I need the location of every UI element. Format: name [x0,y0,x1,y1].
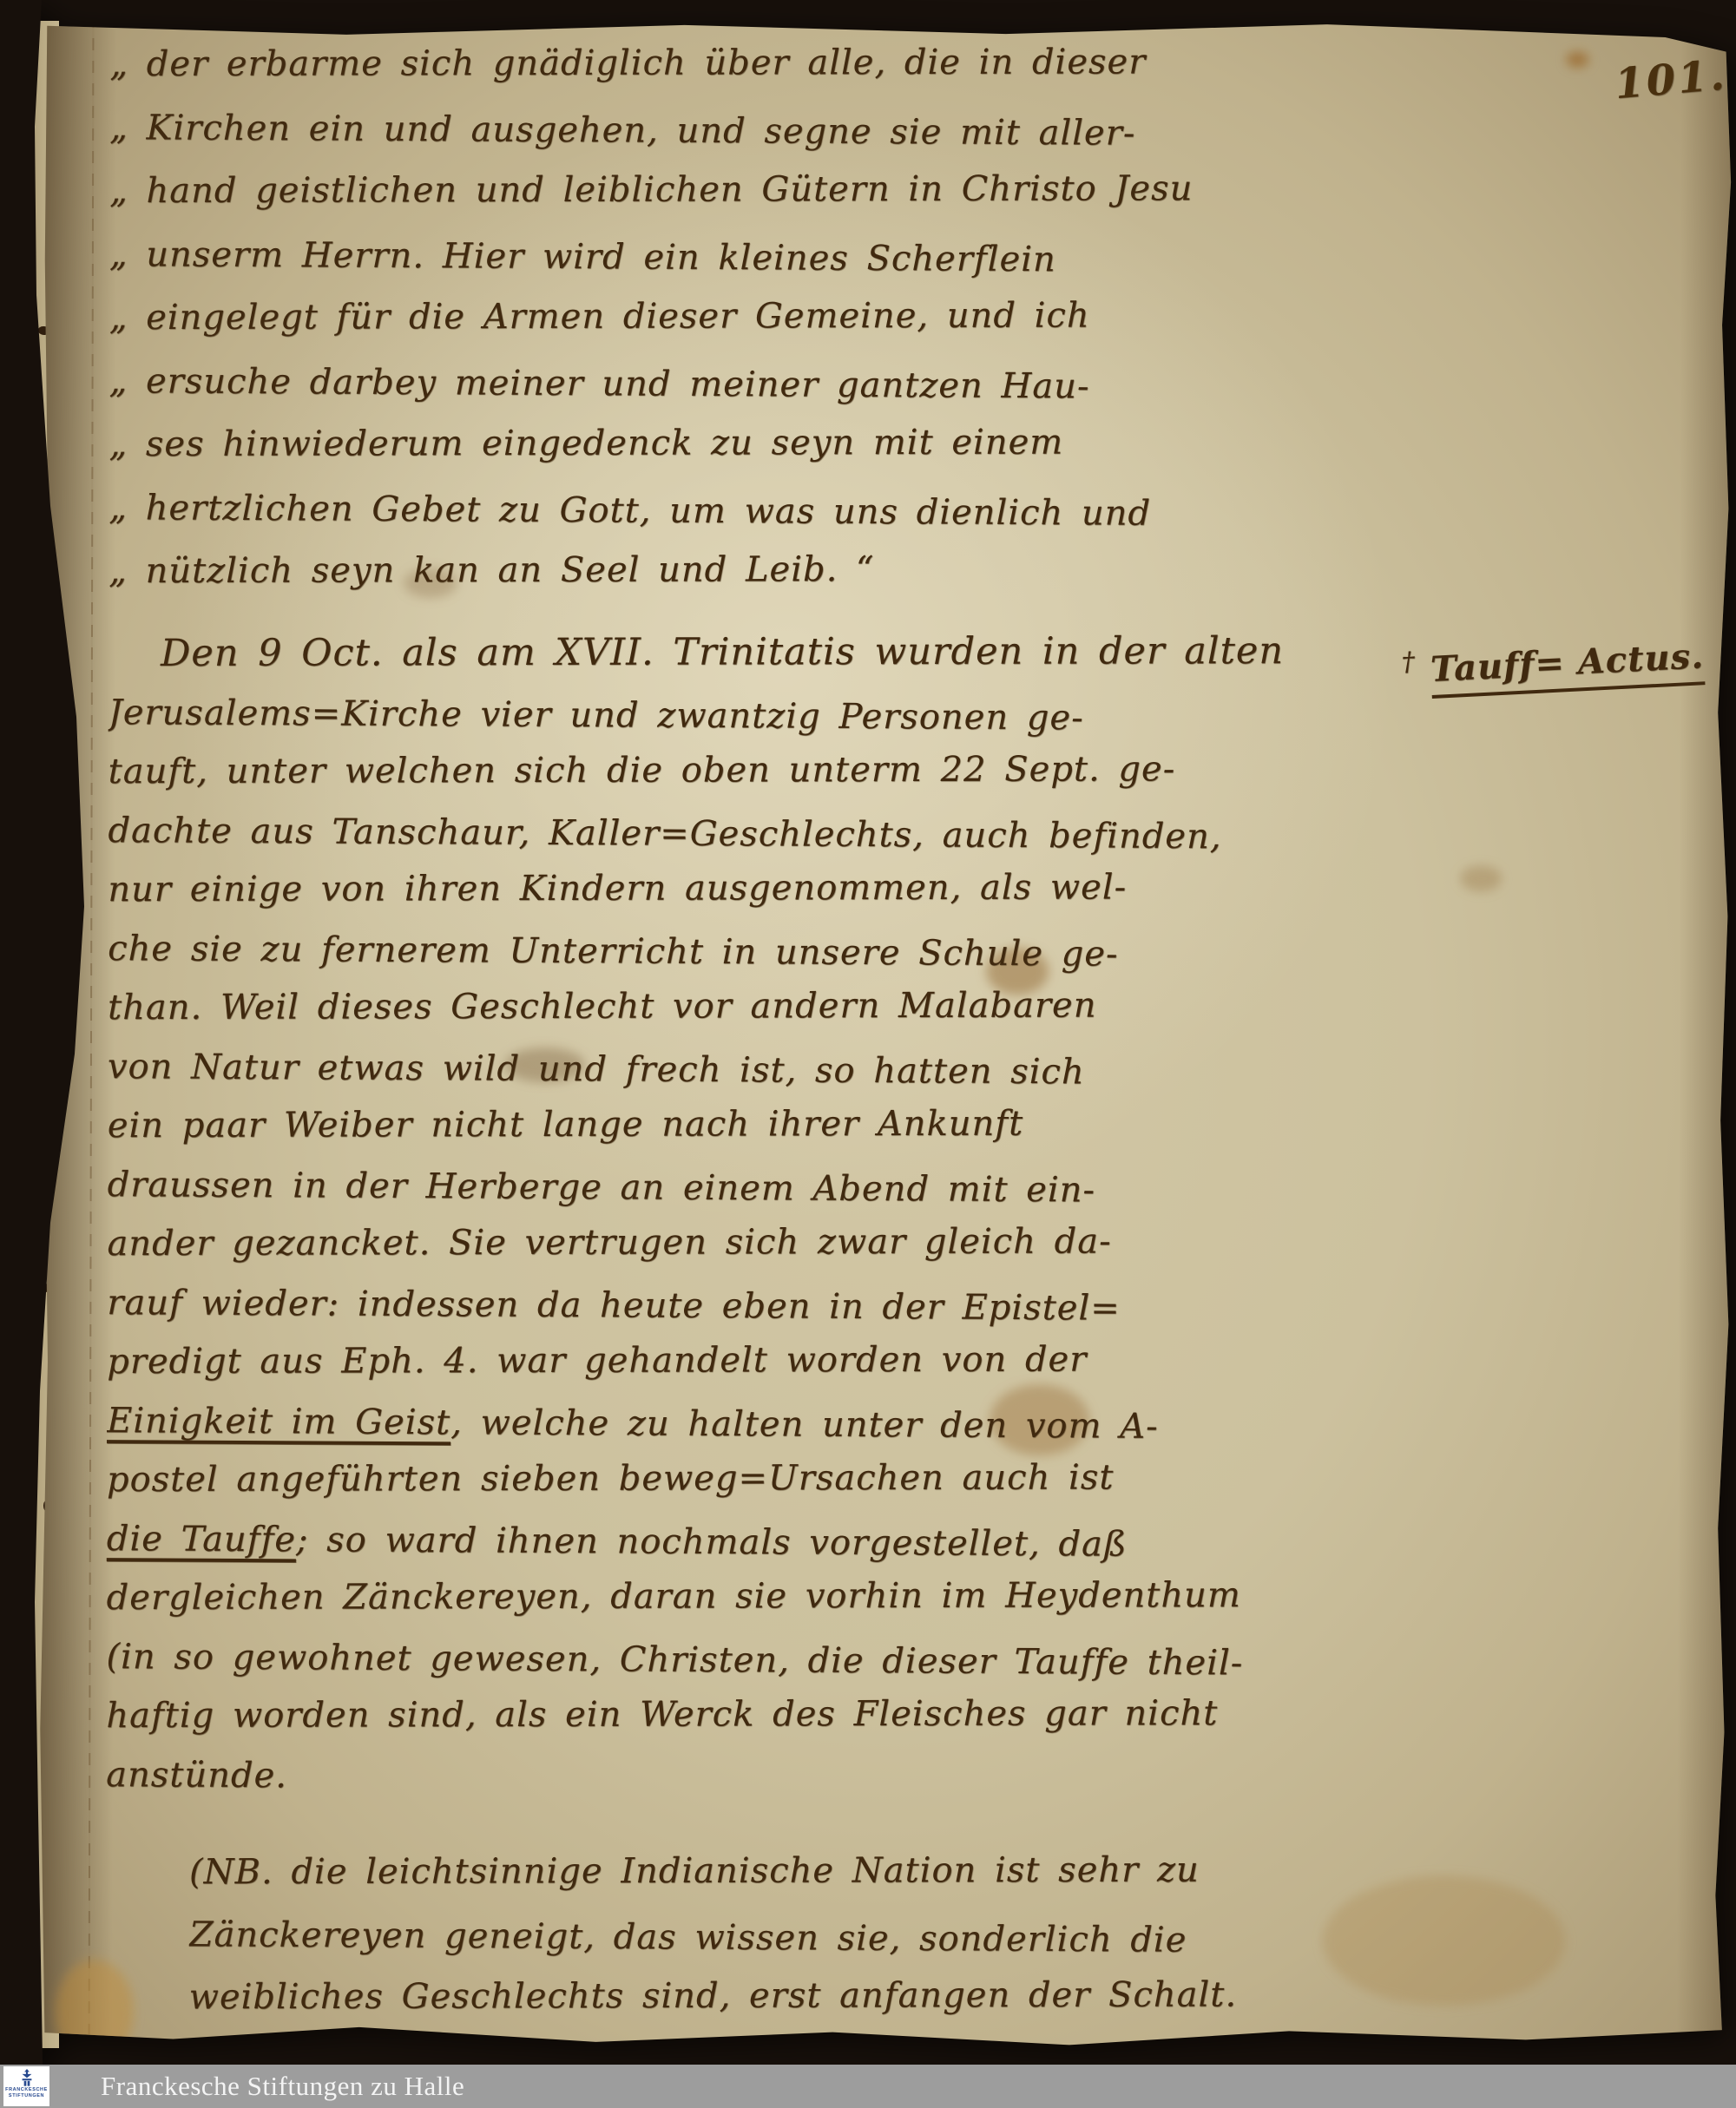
line-segment: „ ersuche darbey meiner und meiner gantz… [108,361,1089,406]
manuscript-line: anstünde. [106,1745,1512,1812]
line-segment: weibliches Geschlechts sind, erst anfang… [189,1975,1237,2018]
franckesche-stiftungen-logo: FRANCKESCHE STIFTUNGEN [3,2066,49,2106]
line-segment: dachte aus Tanschaur, Kaller=Geschlechts… [108,811,1221,857]
line-segment: postel angeführten sieben beweg=Ursachen… [107,1457,1115,1500]
line-segment: „ nützlich seyn kan an Seel und Leib. “ [108,549,874,591]
manuscript-line: „ ses hinwiederum eingedenck zu seyn mit… [108,410,1515,476]
manuscript-line: tauft, unter welchen sich die oben unter… [108,739,1515,801]
line-segment: (NB. die leichtsinnige Indianische Natio… [189,1850,1200,1893]
manuscript-line: predigt aus Eph. 4. war gehandelt worden… [107,1329,1513,1391]
line-segment: Jerusalems=Kirche vier und zwantzig Pers… [108,693,1084,738]
line-segment: , welche zu halten unter den vom A- [450,1402,1159,1447]
line-segment: che sie zu fernerem Unterricht in unsere… [108,929,1119,975]
line-segment: (in so gewohnet gewesen, Christen, die d… [106,1637,1243,1683]
folio-number: 101. [1613,51,1728,109]
manuscript-line: Den 9 Oct. als am XVII. Trinitatis wurde… [108,621,1515,683]
paragraph: (NB. die leichtsinnige Indianische Natio… [106,1841,1512,2031]
manuscript-line: „ nützlich seyn kan an Seel und Leib. “ [108,536,1515,603]
manuscript-page: 101. „ der erbarme sich gnädiglich über … [38,16,1733,2059]
line-segment: „ hertzlichen Gebet zu Gott, um was uns … [108,488,1151,534]
logo-caption-line2: STIFTUNGEN [9,2093,44,2099]
line-segment: predigt aus Eph. 4. war gehandelt worden… [107,1340,1087,1382]
line-segment: von Natur etwas wild und frech ist, so h… [108,1047,1085,1092]
line-segment: „ der erbarme sich gnädiglich über alle,… [109,42,1146,84]
line-segment: „ unserm Herrn. Hier wird ein kleines Sc… [109,234,1056,279]
manuscript-line: ander gezancket. Sie vertrugen sich zwar… [107,1211,1513,1273]
line-segment: than. Weil dieses Geschlecht vor andern … [108,986,1097,1028]
line-segment: draussen in der Herberge an einem Abend … [108,1165,1096,1210]
underlined-phrase: die Tauffe [107,1519,297,1560]
eagle-emblem-icon [18,2068,36,2087]
manuscript-line: weibliches Geschlechts sind, erst anfang… [189,1963,1512,2028]
underlined-phrase: Einigkeit im Geist [107,1401,450,1442]
line-segment: anstünde. [106,1755,287,1796]
manuscript-line: „ eingelegt für die Armen dieser Gemeine… [109,283,1516,350]
line-segment: Zänckereyen geneigt, das wissen sie, son… [189,1914,1187,1960]
manuscript-line: „ der erbarme sich gnädiglich über alle,… [109,30,1516,96]
line-segment: nur einige von ihren Kindern ausgenommen… [108,867,1127,910]
line-segment: „ hand geistlichen und leiblichen Gütern… [109,168,1193,211]
institution-name: Franckesche Stiftungen zu Halle [101,2065,464,2108]
manuscript-line: ein paar Weiber nicht lange nach ihrer A… [108,1093,1514,1155]
manuscript-line: dergleichen Zänckereyen, daran sie vorhi… [107,1565,1513,1627]
margin-note-text: Tauff= Actus. [1430,635,1706,699]
manuscript-line: „ hand geistlichen und leiblichen Gütern… [109,156,1516,223]
line-segment: ; so ward ihnen nochmals vorgestellet, d… [296,1520,1128,1564]
manuscript-text: „ der erbarme sich gnädiglich über alle,… [106,33,1516,2031]
paragraph: „ der erbarme sich gnädiglich über alle,… [108,33,1516,606]
line-segment: „ eingelegt für die Armen dieser Gemeine… [109,296,1090,338]
paragraph: Den 9 Oct. als am XVII. Trinitatis wurde… [106,624,1515,1807]
line-segment: ein paar Weiber nicht lange nach ihrer A… [108,1104,1023,1146]
page-edge-shade [1677,19,1733,2059]
line-segment: „ ses hinwiederum eingedenck zu seyn mit… [108,423,1063,464]
margin-note-cross-mark: † [1401,647,1417,678]
line-segment: „ Kirchen ein und ausgehen, und segne si… [109,108,1135,154]
manuscript-line: nur einige von ihren Kindern ausgenommen… [108,857,1514,919]
line-segment: rauf wieder: indessen da heute eben in d… [107,1283,1121,1329]
line-segment: ander gezancket. Sie vertrugen sich zwar… [107,1221,1111,1264]
line-segment: Den 9 Oct. als am XVII. Trinitatis wurde… [161,629,1284,675]
footer-bar: FRANCKESCHE STIFTUNGEN Franckesche Stift… [0,2065,1736,2108]
manuscript-line: (NB. die leichtsinnige Indianische Natio… [189,1838,1512,1903]
manuscript-line: postel angeführten sieben beweg=Ursachen… [107,1447,1513,1509]
stain [1566,52,1588,68]
line-segment: dergleichen Zänckereyen, daran sie vorhi… [107,1575,1241,1618]
manuscript-line: haftig worden sind, als ein Werck des Fl… [106,1683,1512,1745]
scan-background: 101. „ der erbarme sich gnädiglich über … [0,0,1736,2108]
line-segment: haftig worden sind, als ein Werck des Fl… [106,1693,1218,1736]
manuscript-line: than. Weil dieses Geschlecht vor andern … [108,975,1514,1037]
line-segment: tauft, unter welchen sich die oben unter… [108,749,1176,791]
